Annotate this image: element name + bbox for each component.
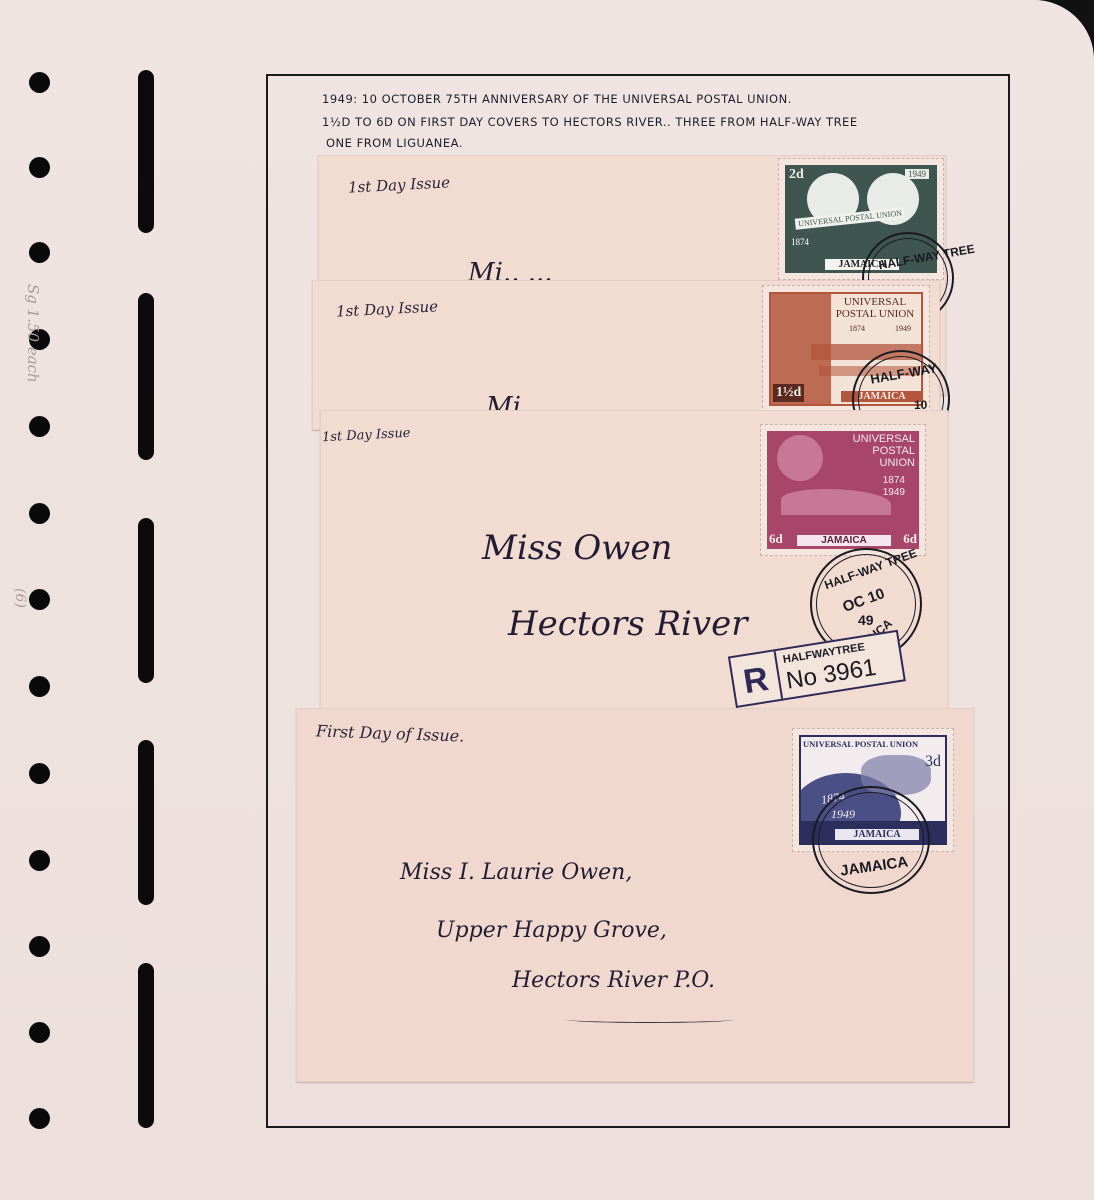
cover-3-stamp-inscription-3: UNION xyxy=(880,457,915,469)
cover-3-address-line-2: Hectors River xyxy=(508,604,748,644)
page-heading-line-1: 1949: 10 October 75th Anniversary of the… xyxy=(322,92,792,106)
binder-hole xyxy=(29,1108,50,1129)
binder-slot xyxy=(138,963,154,1128)
binder-slot xyxy=(138,70,154,233)
cover-3-stamp-value-right: 6d xyxy=(903,531,917,547)
cover-2-stamp-value: 1½d xyxy=(773,384,804,402)
binder-hole xyxy=(29,72,50,93)
cover-4-address-line-3: Hectors River P.O. xyxy=(512,968,715,993)
cover-1-stamp-year-left: 1874 xyxy=(791,237,809,247)
cover-2-stamp-inscription: UNIVERSAL POSTAL UNION xyxy=(827,296,923,320)
binder-hole xyxy=(29,589,50,610)
cover-1-stamp-year-right: 1949 xyxy=(905,169,929,179)
cover-2-stamp-year-right: 1949 xyxy=(895,324,911,333)
binder-hole xyxy=(29,676,50,697)
margin-pencil-count: (6) xyxy=(12,588,28,608)
binder-slot xyxy=(138,740,154,905)
binder-hole xyxy=(29,242,50,263)
cover-4-postmark-bottom: JAMAICA xyxy=(839,853,909,879)
binder-hole xyxy=(29,503,50,524)
binder-hole xyxy=(29,157,50,178)
cover-2-postmark-text: HALF-WAY xyxy=(869,360,938,386)
cover-4-address-underline xyxy=(566,1016,734,1023)
cover-3-address-line-1: Miss Owen xyxy=(482,528,672,568)
cover-4-address-line-2: Upper Happy Grove, xyxy=(436,918,667,943)
page-heading-line-3: one from Liguanea. xyxy=(326,136,463,150)
margin-pencil-note: Sg 1.50 each xyxy=(24,284,42,394)
binder-hole xyxy=(29,1022,50,1043)
cover-4-address-line-1: Miss I. Laurie Owen, xyxy=(400,860,632,885)
cover-4-stamp-value: 3d xyxy=(925,753,941,771)
cover-4-stamp-inscription: UNIVERSAL POSTAL UNION xyxy=(803,739,918,749)
binder-slot xyxy=(138,518,154,683)
page-heading-line-2: 1½d to 6d on First Day Covers to Hectors… xyxy=(322,115,858,129)
binder-hole xyxy=(29,850,50,871)
cover-3-stamp: UNIVERSAL POSTAL UNION 1874 1949 6d 6d J… xyxy=(760,424,926,556)
cover-4-postmark: JAMAICA xyxy=(812,786,930,894)
cover-3-stamp-country: JAMAICA xyxy=(797,535,891,546)
binder-hole xyxy=(29,936,50,957)
cover-3-stamp-inscription-1: UNIVERSAL xyxy=(853,433,915,445)
registration-letter: R xyxy=(730,651,783,706)
binder-hole xyxy=(29,416,50,437)
cover-3-postmark-year: 49 xyxy=(858,612,874,628)
cover-3-postmark-date: OC 10 xyxy=(840,585,887,616)
cover-3-stamp-inscription-2: POSTAL xyxy=(872,445,915,457)
cover-3-stamp-year-2: 1949 xyxy=(883,487,905,498)
cover-3-stamp-value-left: 6d xyxy=(769,531,783,547)
binder-slot xyxy=(138,293,154,460)
album-page: Sg 1.50 each (6) 1949: 10 October 75th A… xyxy=(0,0,1094,1200)
cover-2-stamp-year-left: 1874 xyxy=(849,324,865,333)
cover-3-stamp-year-1: 1874 xyxy=(883,475,905,486)
binder-hole xyxy=(29,763,50,784)
cover-1-stamp-value: 2d xyxy=(789,167,804,183)
